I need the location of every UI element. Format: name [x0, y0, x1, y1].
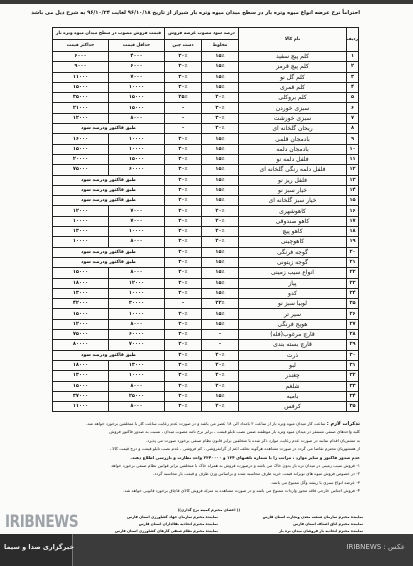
min-price: ۷۰۰۰ [109, 206, 165, 216]
row-number: ۲۸ [347, 330, 359, 340]
signature-left-1: نماینده محترم اتحادیه بقالداران استان فا… [115, 521, 218, 528]
profit-mixed: ۱۵٪ [202, 196, 239, 206]
min-price: ۸۰۰۰ [109, 237, 165, 247]
profit-mixed: ۲۲٪ [202, 299, 239, 309]
table-row: ۲۲انواع سیب زمینی۱۵٪۳۰٪۸۰۰۰۱۵۰۰۰ [53, 268, 359, 278]
item-name: کلم پیچ قرمز [239, 62, 347, 72]
profit-handpicked: ۳۰٪ [165, 72, 202, 82]
table-row: ۳کلم گل نو۱۵٪۳۰٪۷۰۰۰۱۱۰۰۰ [53, 72, 359, 82]
item-name: قارچ مرغوب(فله) [239, 330, 347, 340]
max-price: ۲۱۰۰۰ [53, 103, 109, 113]
profit-mixed: - [202, 340, 239, 350]
item-name: کرفس [239, 402, 347, 412]
item-name: لبو [239, 360, 347, 370]
max-price: ۱۵۰۰۰ [53, 381, 109, 391]
profit-handpicked: ۳۰٪ [165, 62, 202, 72]
max-price: ۱۵۰۰۰ [53, 309, 109, 319]
min-price: ۱۰۰۰۰ [109, 288, 165, 298]
profit-mixed: ۲۰٪ [202, 216, 239, 226]
max-price: ۱۲۰۰۰ [53, 319, 109, 329]
max-price: ۱۰۰۰۰ [53, 216, 109, 226]
max-price: ۱۸۰۰۰ [53, 278, 109, 288]
item-name: شلغم [239, 381, 347, 391]
note-line-5: ۱- فروش سیب زمینی در میدان تره بار بدون … [48, 462, 360, 470]
max-price: ۱۵۰۰۰ [53, 144, 109, 154]
header-min-price: حداقل قیمت [109, 40, 165, 52]
profit-handpicked: ۳۰٪ [165, 144, 202, 154]
table-row: ۹بادمجان قلمی۱۵٪۳۰٪۱۰۰۰۰۱۶۰۰۰ [53, 134, 359, 144]
profit-handpicked: ۳۰٪ [165, 134, 202, 144]
table-row: ۳۲چغندر۲۰٪۳۰٪۱۰۰۰۰۱۳۰۰۰ [53, 371, 359, 381]
item-name: خیار سبز گلخانه ای [239, 196, 347, 206]
item-name: کدو [239, 288, 347, 298]
item-name: سبزی خوردن [239, 103, 347, 113]
row-number: ۲۵ [347, 299, 359, 309]
document-title: احتراماً نرخ عرضه انواع میوه وتره بار در… [60, 10, 360, 16]
table-row: ۱۷کاهو صندوقی۲۰٪۳۰٪۷۰۰۰۱۰۰۰۰ [53, 216, 359, 226]
item-name: سبزی خورشت [239, 113, 347, 123]
profit-handpicked: ۳۰٪ [165, 227, 202, 237]
row-number: ۸ [347, 124, 359, 134]
profit-mixed: ۳۰٪ [202, 103, 239, 113]
table-row: ۲۶سیر تر۱۵٪۳۰٪۱۰۰۰۰۱۵۰۰۰ [53, 309, 359, 319]
signature-right-0: نماینده محترم سازمان صنعت معدن وتجارت اس… [263, 514, 363, 521]
profit-mixed: ۱۵٪ [202, 268, 239, 278]
row-number: ۶ [347, 103, 359, 113]
profit-mixed: ۱۵٪ [202, 134, 239, 144]
min-price: ۸۰۰۰ [109, 268, 165, 278]
profit-mixed: ۱۵٪ [202, 288, 239, 298]
table-row: ۲۴کدو۱۵٪۳۰٪۱۰۰۰۰۱۳۰۰۰ [53, 288, 359, 298]
profit-handpicked: ۳۰٪ [165, 82, 202, 92]
profit-mixed: ۱۵٪ [202, 82, 239, 92]
profit-mixed: ۲۰٪ [202, 350, 239, 360]
note-line-1: کلیه واحدهای صنفی مستقر در میدان میوه وت… [48, 428, 360, 436]
header-max-price: حداکثر قیمت [53, 40, 109, 52]
agency-name: خبرگزاری صدا و سیما [4, 543, 74, 551]
item-name: ریحان گلخانه ای [239, 124, 347, 134]
item-name: پیاز [239, 278, 347, 288]
row-number: ۳۳ [347, 381, 359, 391]
row-number: ۵ [347, 93, 359, 103]
profit-handpicked: ۳۰٪ [165, 402, 202, 412]
item-name: کاهو صندوقی [239, 216, 347, 226]
min-price: ۶۰۰۰ [109, 62, 165, 72]
item-name: کلم پیچ سفید [239, 52, 347, 62]
table-row: ۳۳شلغم۲۰٪۳۰٪۸۰۰۰۱۵۰۰۰ [53, 381, 359, 391]
max-price: ۳۷۰۰۰ [53, 391, 109, 401]
table-row: ۱۴خیار سبز نو۱۵٪۳۰٪طبق فاکتور ودرصد سود [53, 185, 359, 195]
header-item-name: نام کالا [239, 28, 347, 52]
min-price: ۱۰۰۰۰ [109, 309, 165, 319]
table-row: ۱کلم پیچ سفید۱۵٪۳۰٪۴۰۰۰۶۰۰۰ [53, 52, 359, 62]
note-line-8: ۴- فروش اجناس خارجی فاقد مجوز واردات ممن… [48, 487, 360, 495]
row-number: ۲۶ [347, 309, 359, 319]
profit-handpicked: ۳۰٪ [165, 196, 202, 206]
row-number: ۳۴ [347, 391, 359, 401]
row-number: ۳۱ [347, 360, 359, 370]
table-row: ۲۰گوجه فرنگی۱۵٪۳۰٪طبق فاکتور ودرصد سود [53, 247, 359, 257]
photo-credit: عکس : IRIBNEWS [346, 543, 405, 551]
header-row-no: ردیف [347, 28, 359, 52]
row-number: ۲۱ [347, 257, 359, 267]
item-name: ذرت [239, 350, 347, 360]
table-row: ۳۰ذرت۲۰٪۳۰٪طبق فاکتور ودرصد سود [53, 350, 359, 360]
min-price: ۶۰۰۰۰ [109, 165, 165, 175]
min-price: ۷۰۰۰۰ [109, 340, 165, 350]
note-line-3: از همشهریان محترم تقاضا می گردد در صورت … [48, 445, 360, 453]
profit-mixed: ۱۵٪ [202, 319, 239, 329]
agency-box: خبرگزاری صدا و سیما [0, 534, 73, 566]
row-number: ۳۲ [347, 371, 359, 381]
row-number: ۲۷ [347, 319, 359, 329]
min-price: ۲۵۰۰۰ [109, 391, 165, 401]
notes-section: تذکرات لازم : ساعت کار میدان میوه وتره ب… [48, 420, 360, 496]
profit-mixed: ۳۰٪ [202, 124, 239, 134]
profit-handpicked: ۲۵٪ [165, 93, 202, 103]
profit-mixed: ۱۵٪ [202, 165, 239, 175]
min-price: ۳۰۰۰۰ [109, 299, 165, 309]
table-row: ۳۱لبو۲۰٪۳۰٪۱۳۰۰۰۱۸۰۰۰ [53, 360, 359, 370]
row-number: ۱۳ [347, 175, 359, 185]
price-per-invoice: طبق فاکتور ودرصد سود [53, 350, 165, 360]
profit-handpicked: ۳۰٪ [165, 206, 202, 216]
profit-handpicked: ۳۰٪ [165, 165, 202, 175]
signatures-left: نماینده محترم سازمان جهاد کشاورزی استان … [115, 514, 218, 535]
profit-handpicked: ۳۰٪ [165, 381, 202, 391]
row-number: ۲۰ [347, 247, 359, 257]
item-name: کلم قمری [239, 82, 347, 92]
min-price: ۱۵۰۰۰ [109, 154, 165, 164]
table-row: ۲۹قارچ بسته بندی-۳۰٪۷۰۰۰۰۸۰۰۰۰ [53, 340, 359, 350]
max-price: ۱۵۰۰۰ [53, 82, 109, 92]
max-price: ۳۵۰۰۰ [53, 93, 109, 103]
profit-mixed: ۱۵٪ [202, 309, 239, 319]
profit-handpicked: ۳۰٪ [165, 309, 202, 319]
row-number: ۷ [347, 113, 359, 123]
row-number: ۱۷ [347, 216, 359, 226]
item-name: کاهوچینی [239, 237, 347, 247]
item-name: بامیه [239, 391, 347, 401]
table-row: ۸ریحان گلخانه ای۳۰٪-طبق فاکتور ودرصد سود [53, 124, 359, 134]
table-row: ۲۳پیاز۱۵٪۳۰٪۱۲۰۰۰۱۸۰۰۰ [53, 278, 359, 288]
table-row: ۲۸قارچ مرغوب(فله)-۳۰٪۶۰۰۰۰۷۵۰۰۰ [53, 330, 359, 340]
item-name: هویج فرنگی [239, 319, 347, 329]
min-price: ۱۵۰۰۰ [109, 103, 165, 113]
table-row: ۲۷هویج فرنگی۱۵٪۳۰٪۸۰۰۰۱۲۰۰۰ [53, 319, 359, 329]
row-number: ۱۱ [347, 154, 359, 164]
max-price: ۸۰۰۰۰ [53, 340, 109, 350]
profit-mixed: ۲۰٪ [202, 227, 239, 237]
profit-handpicked: ۳۰٪ [165, 330, 202, 340]
table-row: ۱۰بادمجان دلمه۱۵٪۳۰٪۱۰۰۰۰۱۵۰۰۰ [53, 144, 359, 154]
min-price: ۷۰۰۰ [109, 216, 165, 226]
iribnews-logo: IRIBNEWS [5, 512, 78, 532]
min-price: ۱۳۰۰۰ [109, 360, 165, 370]
note-line-6: ۲- در خصوص فروش میوه های نوبرانه قیمت خر… [48, 470, 360, 478]
min-price: ۱۰۰۰۰ [109, 371, 165, 381]
profit-mixed: ۱۵٪ [202, 185, 239, 195]
profit-handpicked: ۳۰٪ [165, 237, 202, 247]
item-name: کلم گل نو [239, 72, 347, 82]
profit-handpicked: ۳۰٪ [165, 340, 202, 350]
profit-handpicked: - [165, 113, 202, 123]
item-name: گوجه زیتونی [239, 257, 347, 267]
min-price: ۱۲۰۰۰ [109, 278, 165, 288]
profit-handpicked: ۳۰٪ [165, 288, 202, 298]
profit-mixed: - [202, 330, 239, 340]
profit-mixed: ۲۰٪ [202, 360, 239, 370]
price-per-invoice: طبق فاکتور ودرصد سود [53, 124, 165, 134]
max-price: ۲۰۰۰۰ [53, 154, 109, 164]
item-name: گوجه فرنگی [239, 247, 347, 257]
profit-mixed: ۲۰٪ [202, 93, 239, 103]
table-row: ۲۵لوبیا سبز نو۲۲٪-۳۰۰۰۰۴۲۰۰۰ [53, 299, 359, 309]
table-row: ۱۱فلفل دلمه نو۱۵٪۳۰٪۱۵۰۰۰۲۰۰۰۰ [53, 154, 359, 164]
row-number: ۱۰ [347, 144, 359, 154]
max-price: ۴۲۰۰۰ [53, 299, 109, 309]
notes-heading: تذکرات لازم : [327, 421, 360, 427]
item-name: بادمجان دلمه [239, 144, 347, 154]
profit-mixed: ۱۵٪ [202, 175, 239, 185]
row-number: ۳۰ [347, 350, 359, 360]
signature-right-1: نماینده محترم اتاق اصناف استان فارس [263, 521, 363, 528]
price-per-invoice: طبق فاکتور ودرصد سود [53, 196, 165, 206]
header-profit-group: درصد سود مصوب عرضه فروش [165, 28, 239, 40]
header-price-group: قیمت فروش مصوب در سطح میدان میوه وتره با… [53, 28, 165, 40]
item-name: کاهوشهری [239, 206, 347, 216]
profit-handpicked: ۳۰٪ [165, 371, 202, 381]
item-name: چغندر [239, 371, 347, 381]
note-line-0: تذکرات لازم : ساعت کار میدان میوه وتره ب… [48, 420, 360, 428]
profit-mixed: ۱۵٪ [202, 257, 239, 267]
min-price: ۱۰۰۰۰ [109, 227, 165, 237]
profit-mixed: ۱۵٪ [202, 72, 239, 82]
table-row: ۴کلم قمری۱۵٪۳۰٪۱۰۰۰۰۱۵۰۰۰ [53, 82, 359, 92]
item-name: لوبیا سبز نو [239, 299, 347, 309]
item-name: فلفل دلمه نو [239, 154, 347, 164]
price-per-invoice: طبق فاکتور ودرصد سود [53, 247, 165, 257]
max-price: ۹۰۰۰ [53, 62, 109, 72]
row-number: ۳ [347, 72, 359, 82]
table-row: ۵کلم بروکلی۲۰٪۲۵٪۱۵۰۰۰۳۵۰۰۰ [53, 93, 359, 103]
profit-mixed: ۲۰٪ [202, 237, 239, 247]
profit-handpicked: ۳۰٪ [165, 185, 202, 195]
note-line-7: ۳- عرضه انواع سبزی با ریشه وگل ممنوع می … [48, 479, 360, 487]
profit-handpicked: ۳۰٪ [165, 319, 202, 329]
profit-handpicked: - [165, 124, 202, 134]
item-name: سیر تر [239, 309, 347, 319]
profit-mixed: ۳۰٪ [202, 113, 239, 123]
table-row: ۱۳فلفل ریز نو۱۵٪۳۰٪طبق فاکتور ودرصد سود [53, 175, 359, 185]
profit-handpicked: ۳۰٪ [165, 216, 202, 226]
profit-handpicked: ۳۰٪ [165, 247, 202, 257]
profit-mixed: ۱۵٪ [202, 247, 239, 257]
row-number: ۲۹ [347, 340, 359, 350]
table-row: ۳۴بامیه۱۵٪۳۰٪۲۵۰۰۰۳۷۰۰۰ [53, 391, 359, 401]
table-row: ۱۶کاهوشهری۲۰٪۳۰٪۷۰۰۰۱۲۰۰۰ [53, 206, 359, 216]
item-name: انواع سیب زمینی [239, 268, 347, 278]
item-name: کاهو پیچ [239, 227, 347, 237]
profit-handpicked: ۳۰٪ [165, 391, 202, 401]
max-price: ۱۱۰۰۰ [53, 402, 109, 412]
item-name: قارچ بسته بندی [239, 340, 347, 350]
row-number: ۱ [347, 52, 359, 62]
min-price: ۸۰۰۰ [109, 113, 165, 123]
max-price: ۱۵۰۰۰ [53, 268, 109, 278]
profit-handpicked: - [165, 299, 202, 309]
row-number: ۲۲ [347, 268, 359, 278]
profit-handpicked: ۳۰٪ [165, 52, 202, 62]
table-row: ۱۲فلفل دلمه رنگی گلخانه ای۱۵٪۳۰٪۶۰۰۰۰۷۵۰… [53, 165, 359, 175]
min-price: ۷۰۰۰ [109, 72, 165, 82]
table-row: ۱۸کاهو پیچ۲۰٪۳۰٪۱۰۰۰۰۱۳۰۰۰ [53, 227, 359, 237]
min-price: ۸۰۰۰ [109, 381, 165, 391]
min-price: ۱۰۰۰۰ [109, 134, 165, 144]
row-number: ۲۳ [347, 278, 359, 288]
max-price: ۱۳۰۰۰ [53, 371, 109, 381]
profit-mixed: ۲۰٪ [202, 381, 239, 391]
min-price: ۱۵۰۰۰ [109, 93, 165, 103]
price-per-invoice: طبق فاکتور ودرصد سود [53, 175, 165, 185]
profit-handpicked: ۳۰٪ [165, 350, 202, 360]
profit-mixed: ۱۵٪ [202, 144, 239, 154]
profit-handpicked: ۳۰٪ [165, 257, 202, 267]
note-line-2: به مشتریان اقدام نمایند در صورت عدم رعای… [48, 437, 360, 445]
profit-mixed: ۱۵٪ [202, 52, 239, 62]
row-number: ۳۵ [347, 402, 359, 412]
profit-handpicked: - [165, 103, 202, 113]
max-price: ۱۶۰۰۰ [53, 134, 109, 144]
min-price: ۶۰۰۰۰ [109, 330, 165, 340]
header-mixed: مخلوط [202, 40, 239, 52]
max-price: ۱۸۰۰۰ [53, 360, 109, 370]
profit-mixed: ۲۰٪ [202, 206, 239, 216]
max-price: ۱۰۰۰۰ [53, 237, 109, 247]
table-body: ۱کلم پیچ سفید۱۵٪۳۰٪۴۰۰۰۶۰۰۰۲کلم پیچ قرمز… [53, 52, 359, 412]
row-number: ۴ [347, 82, 359, 92]
max-price: ۱۳۰۰۰ [53, 227, 109, 237]
row-number: ۲ [347, 62, 359, 72]
row-number: ۱۹ [347, 237, 359, 247]
profit-mixed: ۱۵٪ [202, 154, 239, 164]
table-row: ۱۹کاهوچینی۲۰٪۳۰٪۸۰۰۰۱۰۰۰۰ [53, 237, 359, 247]
profit-mixed: ۱۵٪ [202, 278, 239, 288]
min-price: ۱۰۰۰۰ [109, 82, 165, 92]
max-price: ۷۵۰۰۰ [53, 165, 109, 175]
row-number: ۱۶ [347, 206, 359, 216]
min-price: ۴۰۰۰ [109, 52, 165, 62]
row-number: ۱۲ [347, 165, 359, 175]
profit-mixed: ۱۵٪ [202, 62, 239, 72]
row-number: ۱۴ [347, 185, 359, 195]
table-row: ۲۱گوجه زیتونی۱۵٪۳۰٪طبق فاکتور ودرصد سود [53, 257, 359, 267]
profit-mixed: ۱۵٪ [202, 391, 239, 401]
row-number: ۱۸ [347, 227, 359, 237]
header-handpicked: دست چین [165, 40, 202, 52]
max-price: ۷۵۰۰۰ [53, 330, 109, 340]
table-row: ۳۵کرفس۲۰٪۳۰٪۸۰۰۰۱۱۰۰۰ [53, 402, 359, 412]
max-price: ۱۲۰۰۰ [53, 206, 109, 216]
profit-handpicked: ۳۰٪ [165, 154, 202, 164]
profit-handpicked: ۳۰٪ [165, 268, 202, 278]
note-line-4: عدم صدور فاکتور و سایر موارد ، مراتب را … [48, 454, 360, 462]
max-price: ۱۱۰۰۰ [53, 72, 109, 82]
item-name: کلم بروکلی [239, 93, 347, 103]
signature-left-0: نماینده محترم سازمان جهاد کشاورزی استان … [115, 514, 218, 521]
row-number: ۱۵ [347, 196, 359, 206]
max-price: ۶۰۰۰ [53, 52, 109, 62]
min-price: ۱۰۰۰۰ [109, 144, 165, 154]
profit-mixed: ۲۰٪ [202, 371, 239, 381]
profit-handpicked: ۳۰٪ [165, 360, 202, 370]
item-name: فلفل دلمه رنگی گلخانه ای [239, 165, 347, 175]
table-row: ۷سبزی خورشت۳۰٪-۸۰۰۰۱۲۰۰۰ [53, 113, 359, 123]
price-per-invoice: طبق فاکتور ودرصد سود [53, 185, 165, 195]
row-number: ۲۴ [347, 288, 359, 298]
profit-mixed: ۲۰٪ [202, 402, 239, 412]
max-price: ۱۳۰۰۰ [53, 288, 109, 298]
min-price: ۸۰۰۰ [109, 402, 165, 412]
table-row: ۶سبزی خوردن۳۰٪-۱۵۰۰۰۲۱۰۰۰ [53, 103, 359, 113]
table-row: ۲کلم پیچ قرمز۱۵٪۳۰٪۶۰۰۰۹۰۰۰ [53, 62, 359, 72]
item-name: فلفل ریز نو [239, 175, 347, 185]
item-name: بادمجان قلمی [239, 134, 347, 144]
committee-heading: (( اعضای محترم کمیته نرخ گذاری)) [180, 507, 240, 514]
item-name: خیار سبز نو [239, 185, 347, 195]
profit-handpicked: ۳۰٪ [165, 175, 202, 185]
row-number: ۹ [347, 134, 359, 144]
price-table: ردیف نام کالا درصد سود مصوب عرضه فروش قی… [52, 27, 359, 412]
table-row: ۱۵خیار سبز گلخانه ای۱۵٪۳۰٪طبق فاکتور ودر… [53, 196, 359, 206]
price-per-invoice: طبق فاکتور ودرصد سود [53, 257, 165, 267]
profit-handpicked: ۳۰٪ [165, 278, 202, 288]
min-price: ۸۰۰۰ [109, 319, 165, 329]
max-price: ۱۲۰۰۰ [53, 113, 109, 123]
